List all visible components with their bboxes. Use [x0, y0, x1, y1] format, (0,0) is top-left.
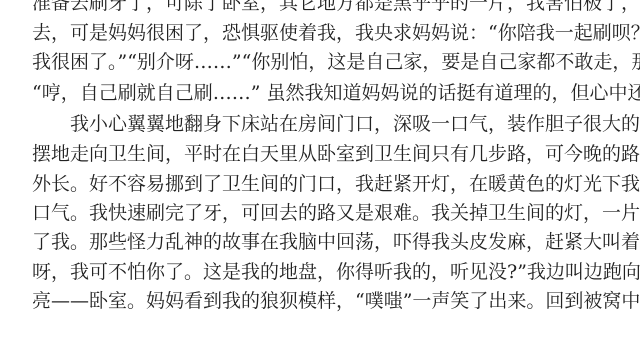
text-line: 口气。我快速刷完了牙，可回去的路又是艰难。我关掉卫生间的灯，一片黑暗迅速笼罩	[32, 201, 610, 225]
text-line: “哼，自己刷就自己刷……” 虽然我知道妈妈说的话挺有道理的，但心中还是忐忑不安。	[32, 81, 610, 105]
text-line: 亮——卧室。妈妈看到我的狼狈模样，“噗嗤”一声笑了出来。回到被窝中的我，也被自	[32, 289, 610, 313]
text-line: 外长。好不容易挪到了卫生间的门口，我赶紧开灯，在暖黄色的灯光下我长长地舒了一	[32, 172, 610, 196]
document-page: 准备去刷牙了，可除了卧室，其它地方都是黑乎乎的一片，我害怕极了，想让妈妈陪我 去…	[0, 0, 640, 360]
text-line: 了我。那些怪力乱神的故事在我脑中回荡，吓得我头皮发麻，赶紧大叫着：“鬼，你过来	[32, 230, 610, 254]
text-line: 去，可是妈妈很困了，恐惧驱使着我，我央求妈妈说：“你陪我一起刷呗？”“你自己刷吧…	[32, 21, 610, 45]
text-line-partial: 准备去刷牙了，可除了卧室，其它地方都是黑乎乎的一片，我害怕极了，想让妈妈陪我	[32, 0, 610, 15]
text-line: 呀，我可不怕你了。这是我的地盘，你得听我的，听见没?”我边叫边跑向家里唯一的光	[32, 260, 610, 284]
text-line: 我很困了。”“别介呀……”“你别怕，这是自己家，要是自己家都不敢走，那还了得!哈…	[32, 50, 610, 74]
text-line: 摆地走向卫生间，平时在白天里从卧室到卫生间只有几步路，可今晚的路程我却觉得格	[32, 142, 610, 166]
paragraph-start-line: 我小心翼翼地翻身下床站在房间门口，深吸一口气，装作胆子很大的样子，大摇大	[32, 112, 610, 136]
